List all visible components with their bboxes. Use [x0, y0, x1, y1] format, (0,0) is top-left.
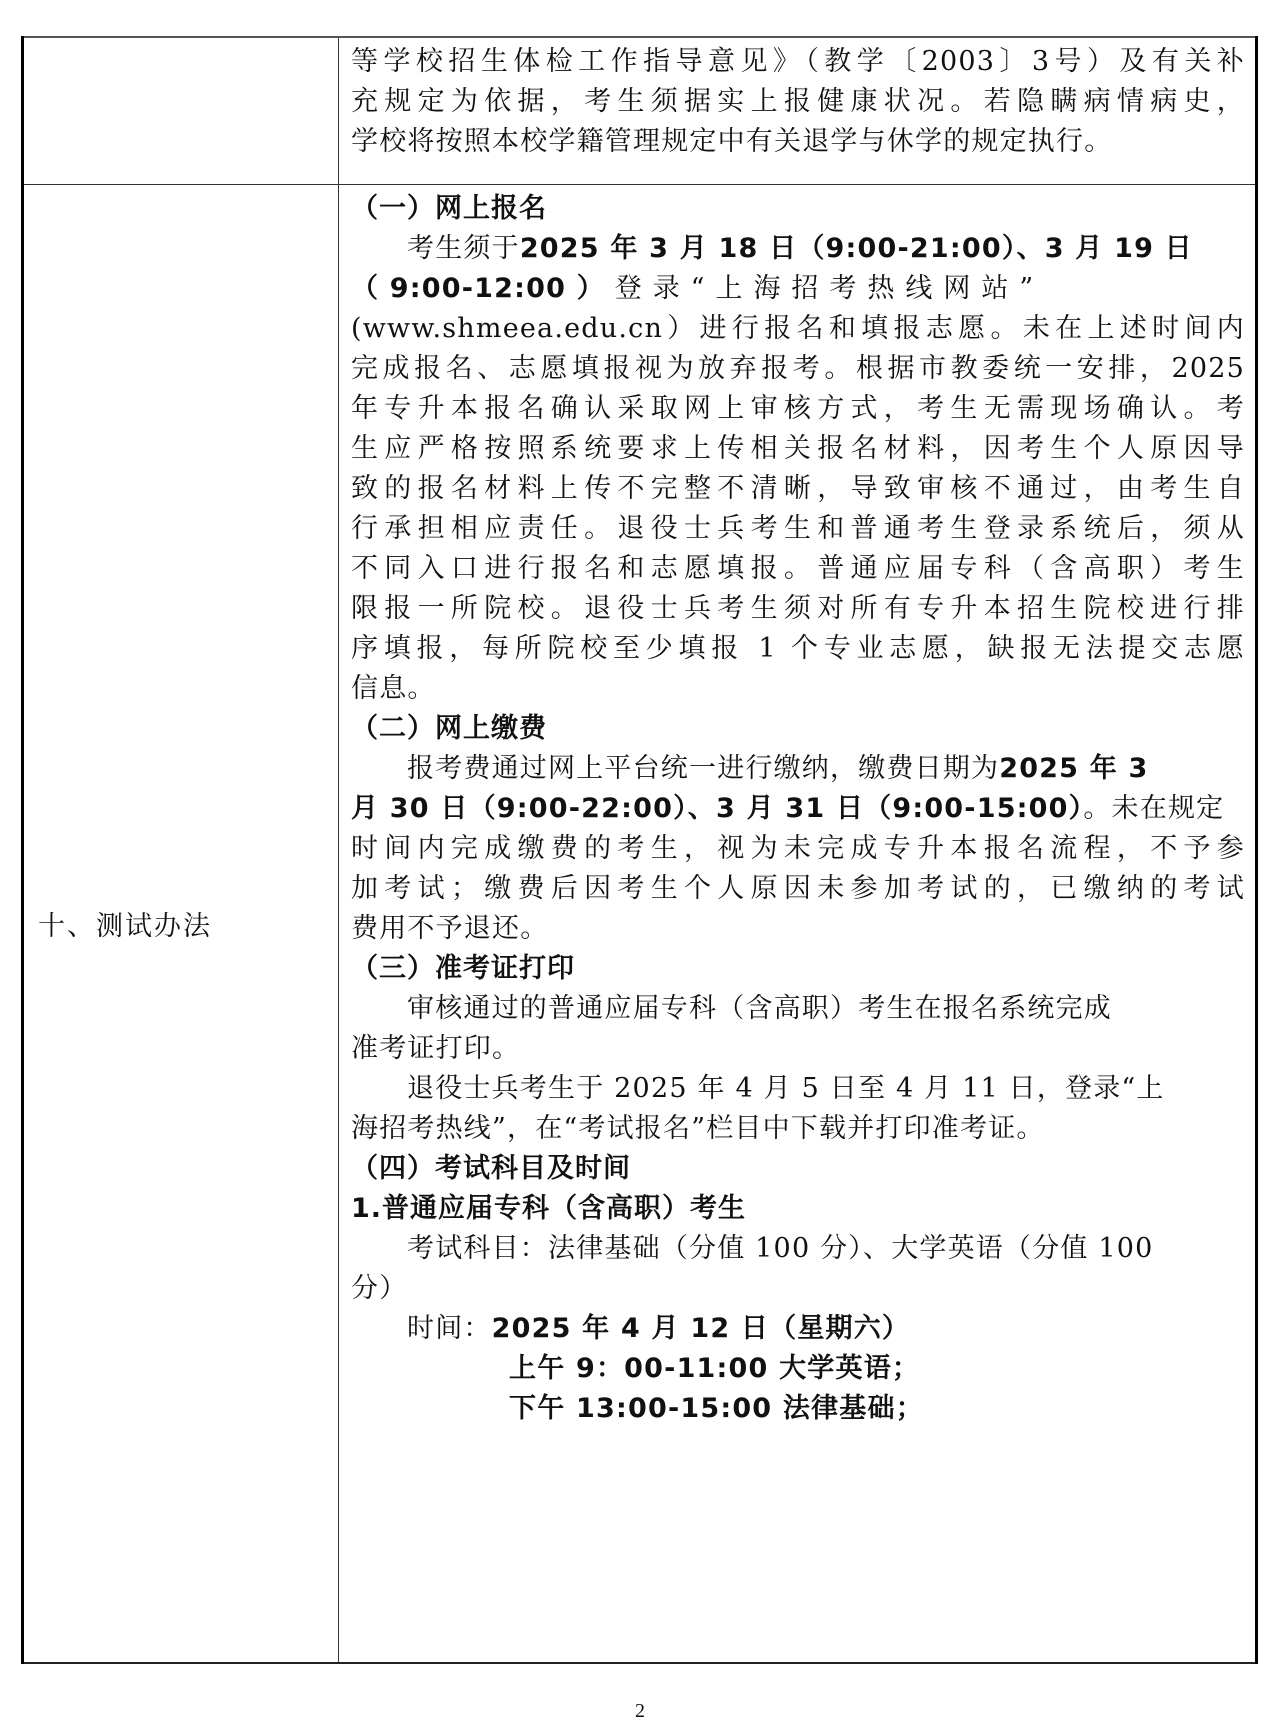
text-line: 时间内完成缴费的考生，视为未完成专升本报名流程，不予参	[351, 829, 1245, 869]
table-row-health: 等学校招生体检工作指导意见》（教学〔2003〕3号）及有关补 充规定为依据，考生…	[23, 37, 1257, 185]
text-line: 限报一所院校。退役士兵考生须对所有专升本招生院校进行排	[351, 589, 1245, 629]
bold-dates: 月 30 日（9:00-22:00）、3 月 31 日（9:00-15:00）	[351, 793, 1083, 824]
row-label-cell	[23, 37, 339, 185]
section-heading-admission-ticket: （三）准考证打印	[351, 949, 1245, 989]
text-line: 海招考热线”，在“考试报名”栏目中下载并打印准考证。	[351, 1109, 1245, 1149]
text-line: 考试科目：法律基础（分值 100 分）、大学英语（分值 100	[351, 1229, 1245, 1269]
text-line: 加考试；缴费后因考生个人原因未参加考试的，已缴纳的考试	[351, 869, 1245, 909]
text-line: 不同入口进行报名和志愿填报。普通应届专科（含高职）考生	[351, 549, 1245, 589]
section-heading-online-payment: （二）网上缴费	[351, 709, 1245, 749]
text-span: 考生须于	[407, 233, 520, 264]
text-span: 登 录 “ 上 海 招 考 热 线 网 站 ”	[615, 273, 1035, 304]
bold-dates: 2025 年 3 月 18 日（9:00-21:00）、3 月 19 日	[520, 233, 1193, 264]
text-line: 等学校招生体检工作指导意见》（教学〔2003〕3号）及有关补	[351, 42, 1245, 82]
text-line: 退役士兵考生于 2025 年 4 月 5 日至 4 月 11 日，登录“上	[351, 1069, 1245, 1109]
row-content-cell: 等学校招生体检工作指导意见》（教学〔2003〕3号）及有关补 充规定为依据，考生…	[339, 37, 1257, 185]
exam-time-line: 时间：2025 年 4 月 12 日（星期六）	[351, 1309, 1245, 1349]
row-label-cell: 十、测试办法	[23, 185, 339, 1664]
row-content-cell: （一）网上报名 考生须于2025 年 3 月 18 日（9:00-21:00）、…	[339, 185, 1257, 1664]
text-line: 完成报名、志愿填报视为放弃报考。根据市教委统一安排，2025	[351, 349, 1245, 389]
text-span: 。未在规定	[1083, 793, 1224, 824]
page-number: 2	[0, 1700, 1280, 1723]
row-label: 十、测试办法	[38, 911, 212, 942]
section-heading-online-registration: （一）网上报名	[351, 189, 1245, 229]
text-line: 分）	[351, 1269, 1245, 1309]
text-line: 信息。	[351, 669, 1245, 709]
schedule-afternoon: 下午 13:00-15:00 法律基础；	[351, 1389, 1245, 1429]
document-table: 等学校招生体检工作指导意见》（教学〔2003〕3号）及有关补 充规定为依据，考生…	[21, 36, 1258, 1664]
text-line: 生应严格按照系统要求上传相关报名材料，因考生个人原因导	[351, 429, 1245, 469]
text-line: 行承担相应责任。退役士兵考生和普通考生登录系统后，须从	[351, 509, 1245, 549]
text-line: 学校将按照本校学籍管理规定中有关退学与休学的规定执行。	[351, 122, 1245, 162]
table-row-test-method: 十、测试办法 （一）网上报名 考生须于2025 年 3 月 18 日（9:00-…	[23, 185, 1257, 1664]
exam-date: 2025 年 4 月 12 日（星期六）	[492, 1313, 911, 1344]
text-line: 充规定为依据，考生须据实上报健康状况。若隐瞒病情病史，	[351, 82, 1245, 122]
text-line: 致的报名材料上传不完整不清晰，导致审核不通过，由考生自	[351, 469, 1245, 509]
subheading-regular-students: 1.普通应届专科（含高职）考生	[351, 1189, 1245, 1229]
time-label: 时间：	[407, 1313, 492, 1344]
text-line: 准考证打印。	[351, 1029, 1245, 1069]
section-heading-exam-subjects: （四）考试科目及时间	[351, 1149, 1245, 1189]
schedule-morning: 上午 9：00-11:00 大学英语；	[351, 1349, 1245, 1389]
text-line: (www.shmeea.edu.cn）进行报名和填报志愿。未在上述时间内	[351, 309, 1245, 349]
text-line: 月 30 日（9:00-22:00）、3 月 31 日（9:00-15:00）。…	[351, 789, 1245, 829]
text-span: 报考费通过网上平台统一进行缴纳，缴费日期为	[407, 753, 999, 784]
bold-time: （ 9:00-12:00 ）	[351, 273, 605, 304]
bold-dates: 2025 年 3	[999, 753, 1148, 784]
text-line: 序填报，每所院校至少填报 1 个专业志愿，缺报无法提交志愿	[351, 629, 1245, 669]
text-line: 费用不予退还。	[351, 909, 1245, 949]
text-line: 报考费通过网上平台统一进行缴纳，缴费日期为2025 年 3	[351, 749, 1245, 789]
text-line: 年专升本报名确认采取网上审核方式，考生无需现场确认。考	[351, 389, 1245, 429]
text-line: （ 9:00-12:00 ） 登 录 “ 上 海 招 考 热 线 网 站 ”	[351, 269, 1245, 309]
text-line: 考生须于2025 年 3 月 18 日（9:00-21:00）、3 月 19 日	[351, 229, 1245, 269]
text-line: 审核通过的普通应届专科（含高职）考生在报名系统完成	[351, 989, 1245, 1029]
